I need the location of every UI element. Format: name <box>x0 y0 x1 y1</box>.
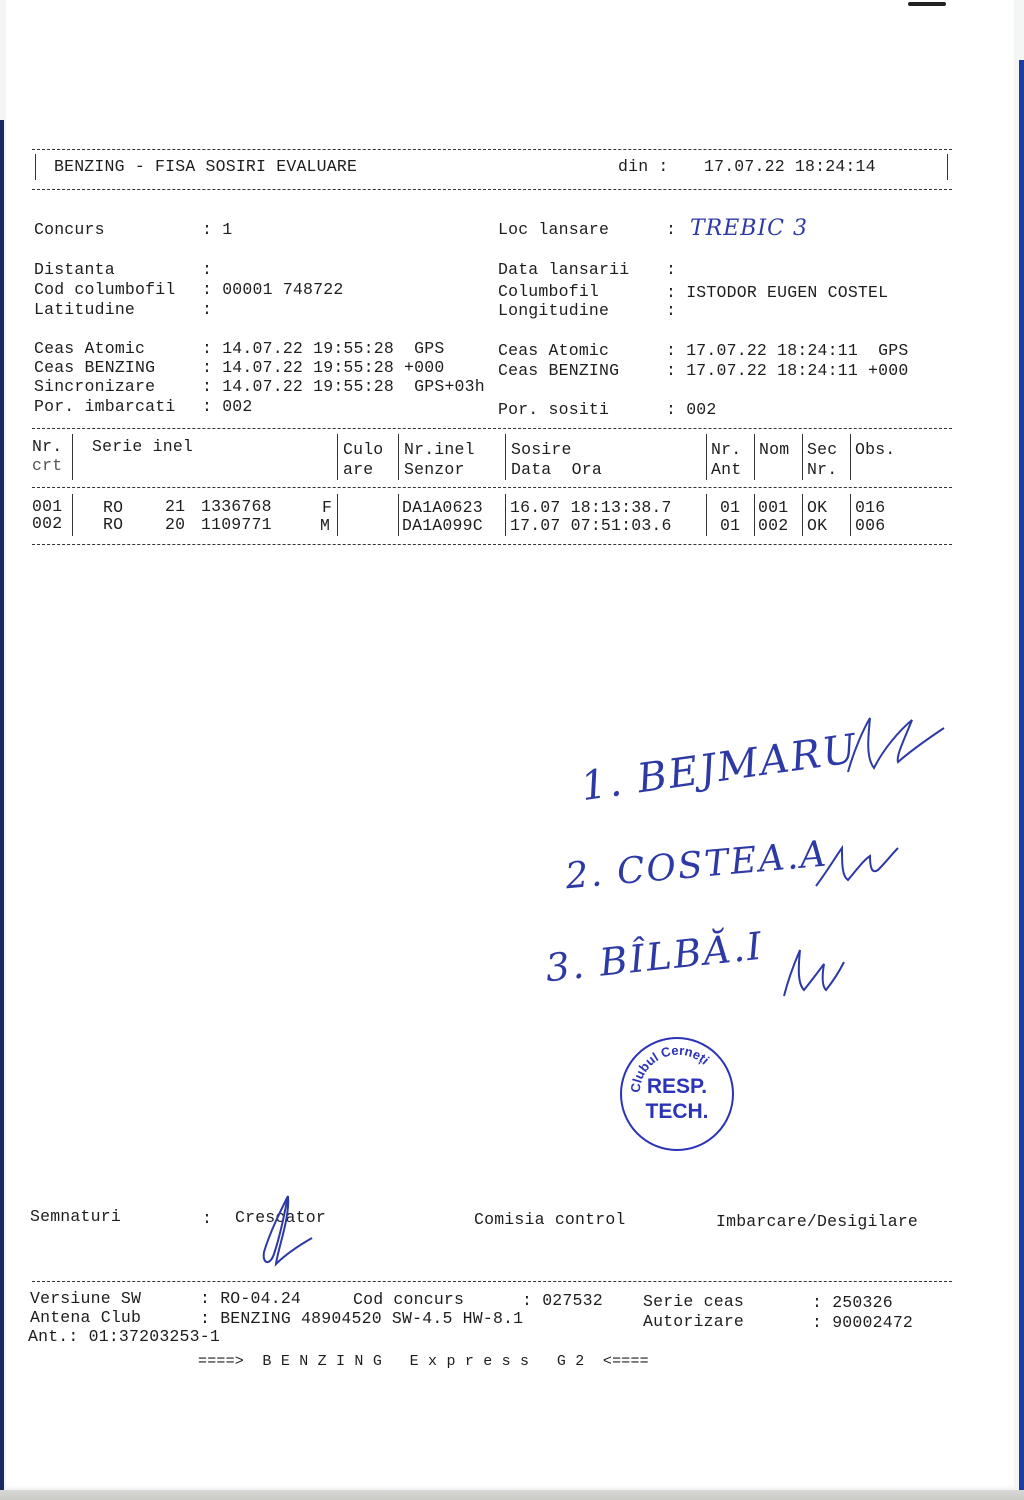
th-obs: Obs. <box>855 440 895 460</box>
footer-rule <box>32 1281 952 1282</box>
top-mark <box>908 2 946 6</box>
report-date-label: din : <box>618 157 669 177</box>
clock-benzing-start-label: Ceas BENZING <box>34 358 186 378</box>
col-sep <box>802 434 803 480</box>
th-nr-crt-2: crt <box>32 456 62 476</box>
por-sositi-label: Por. sositi <box>498 400 650 420</box>
col-sep <box>754 434 755 480</box>
cell-ring: 1336768 <box>201 497 272 517</box>
clock-benzing-start-value: : 14.07.22 19:55:28 +000 <box>202 358 444 378</box>
scan-bottom-shadow <box>0 1490 1024 1500</box>
cell-obs: 006 <box>855 516 885 536</box>
info-distanta-label: Distanta <box>34 260 206 280</box>
info-columbofil-value: : ISTODOR EUGEN COSTEL <box>666 283 888 303</box>
cell-arrival: 17.07 07:51:03.6 <box>510 516 672 536</box>
info-longitudine-value: : <box>666 301 676 321</box>
cell-sensor: DA1A099C <box>402 516 483 536</box>
th-sec-2: Nr. <box>807 460 837 480</box>
header-right-bar <box>947 154 948 180</box>
serie-ceas-label: Serie ceas <box>643 1292 784 1312</box>
col-sep <box>72 434 73 480</box>
cell-year: 20 <box>165 515 185 535</box>
cell-year: 21 <box>165 497 185 517</box>
handwritten-signature-1 <box>840 710 950 780</box>
por-imbarcati-label: Por. imbarcati <box>34 397 175 417</box>
antena-value: : BENZING 48904520 SW-4.5 HW-8.1 <box>200 1309 523 1329</box>
info-loc-value: : <box>666 220 676 240</box>
brand-line: ====> B E N Z I N G E x p r e s s G 2 <=… <box>198 1352 649 1372</box>
info-concurs-label: Concurs <box>34 220 206 240</box>
info-cod-value: : 00001 748722 <box>202 280 343 300</box>
th-data-ora: Data Ora <box>511 460 602 480</box>
th-nr-crt-1: Nr. <box>32 437 62 457</box>
versiune-value: : RO-04.24 <box>200 1289 301 1309</box>
serie-ceas-value: : 250326 <box>812 1293 893 1313</box>
stamp-line-1: RESP. <box>622 1076 732 1098</box>
handwritten-release-place: TREBIC 3 <box>690 216 808 241</box>
por-imbarcati-value: : 002 <box>202 397 253 417</box>
signature-imbarcare: Imbarcare/Desigilare <box>716 1212 918 1232</box>
stamp-line-2: TECH. <box>622 1101 732 1123</box>
th-nr-ant-2: Ant <box>711 460 741 480</box>
col-sep <box>398 494 399 536</box>
ant-line: Ant.: 01:37203253-1 <box>28 1327 220 1347</box>
col-sep <box>802 494 803 536</box>
cod-concurs-value: : 027532 <box>522 1291 603 1311</box>
th-sec-1: Sec <box>807 440 837 460</box>
info-longitudine-label: Longitudine <box>498 301 650 321</box>
handwritten-signature-2 <box>812 840 902 890</box>
antena-label: Antena Club <box>30 1308 182 1328</box>
signatures-label: Semnaturi <box>30 1207 121 1227</box>
header-left-bar <box>35 154 36 180</box>
report-title: BENZING - FISA SOSIRI EVALUARE <box>54 157 357 177</box>
info-data-lansarii-label: Data lansarii <box>498 260 639 280</box>
info-columbofil-label: Columbofil <box>498 282 650 302</box>
handwritten-signature-3 <box>778 940 848 1000</box>
clock-atomic-end-label: Ceas Atomic <box>498 341 650 361</box>
table-bottom-rule <box>32 544 952 545</box>
col-sep <box>505 434 506 480</box>
col-sep <box>398 434 399 480</box>
signatures-sep: : <box>202 1209 212 1229</box>
clock-atomic-end-value: : 17.07.22 18:24:11 GPS <box>666 341 908 361</box>
cell-arrival: 16.07 18:13:38.7 <box>510 498 672 518</box>
th-nr-ant-1: Nr. <box>711 440 741 460</box>
col-sep <box>850 494 851 536</box>
th-senzor: Senzor <box>404 460 465 480</box>
cell-ring: 1109771 <box>201 515 272 535</box>
signature-comisia: Comisia control <box>474 1210 626 1230</box>
cell-nom: 002 <box>758 516 788 536</box>
th-nr-inel: Nr.inel <box>404 440 475 460</box>
cell-ant: 01 <box>720 498 740 518</box>
col-sep <box>505 494 506 536</box>
clock-benzing-end-label: Ceas BENZING <box>498 361 650 381</box>
cell-sex: M <box>320 516 330 536</box>
col-sep <box>337 494 338 536</box>
cod-concurs-label: Cod concurs <box>353 1290 494 1310</box>
scan-edge-left <box>0 120 4 1500</box>
sincronizare-value: : 14.07.22 19:55:28 GPS+03h <box>202 377 485 397</box>
col-sep <box>337 434 338 480</box>
cell-sec: OK <box>807 516 827 536</box>
clock-atomic-start-label: Ceas Atomic <box>34 339 186 359</box>
th-nom: Nom <box>759 440 789 460</box>
table-top-rule <box>32 428 952 429</box>
col-sep <box>706 494 707 536</box>
versiune-label: Versiune SW <box>30 1289 182 1309</box>
sincronizare-label: Sincronizare <box>34 377 186 397</box>
th-sosire: Sosire <box>511 440 572 460</box>
info-distanta-value: : <box>202 260 212 280</box>
clock-benzing-end-value: : 17.07.22 18:24:11 +000 <box>666 361 908 381</box>
info-concurs-value: : 1 <box>202 220 232 240</box>
th-culoare-1: Culo <box>343 440 383 460</box>
cell-sex: F <box>322 498 332 518</box>
header-bottom-rule <box>32 189 952 190</box>
report-date-value: 17.07.22 18:24:14 <box>704 157 876 177</box>
col-sep <box>754 494 755 536</box>
col-sep <box>850 434 851 480</box>
cell-nr: 002 <box>32 514 62 534</box>
table-header-rule <box>32 487 952 488</box>
th-culoare-2: are <box>343 460 373 480</box>
info-latitudine-value: : <box>202 300 212 320</box>
clock-atomic-start-value: : 14.07.22 19:55:28 GPS <box>202 339 444 359</box>
cell-sensor: DA1A0623 <box>402 498 483 518</box>
por-sositi-value: : 002 <box>666 400 717 420</box>
th-serie-inel: Serie inel <box>92 437 193 457</box>
crescator-signature <box>250 1192 320 1272</box>
club-stamp: Clubul Cerneți RESP. TECH. <box>620 1037 734 1151</box>
cell-ant: 01 <box>720 516 740 536</box>
info-latitudine-label: Latitudine <box>34 300 206 320</box>
autorizare-value: : 90002472 <box>812 1313 913 1333</box>
col-sep <box>72 494 73 536</box>
cell-nom: 001 <box>758 498 788 518</box>
scan-edge-right <box>1019 60 1024 1500</box>
col-sep <box>706 434 707 480</box>
header-top-rule <box>32 149 952 150</box>
cell-obs: 016 <box>855 498 885 518</box>
info-loc-label: Loc lansare <box>498 220 650 240</box>
cell-country: RO <box>103 515 123 535</box>
autorizare-label: Autorizare <box>643 1312 784 1332</box>
info-data-lansarii-value: : <box>666 260 676 280</box>
cell-sec: OK <box>807 498 827 518</box>
info-cod-label: Cod columbofil <box>34 280 175 300</box>
